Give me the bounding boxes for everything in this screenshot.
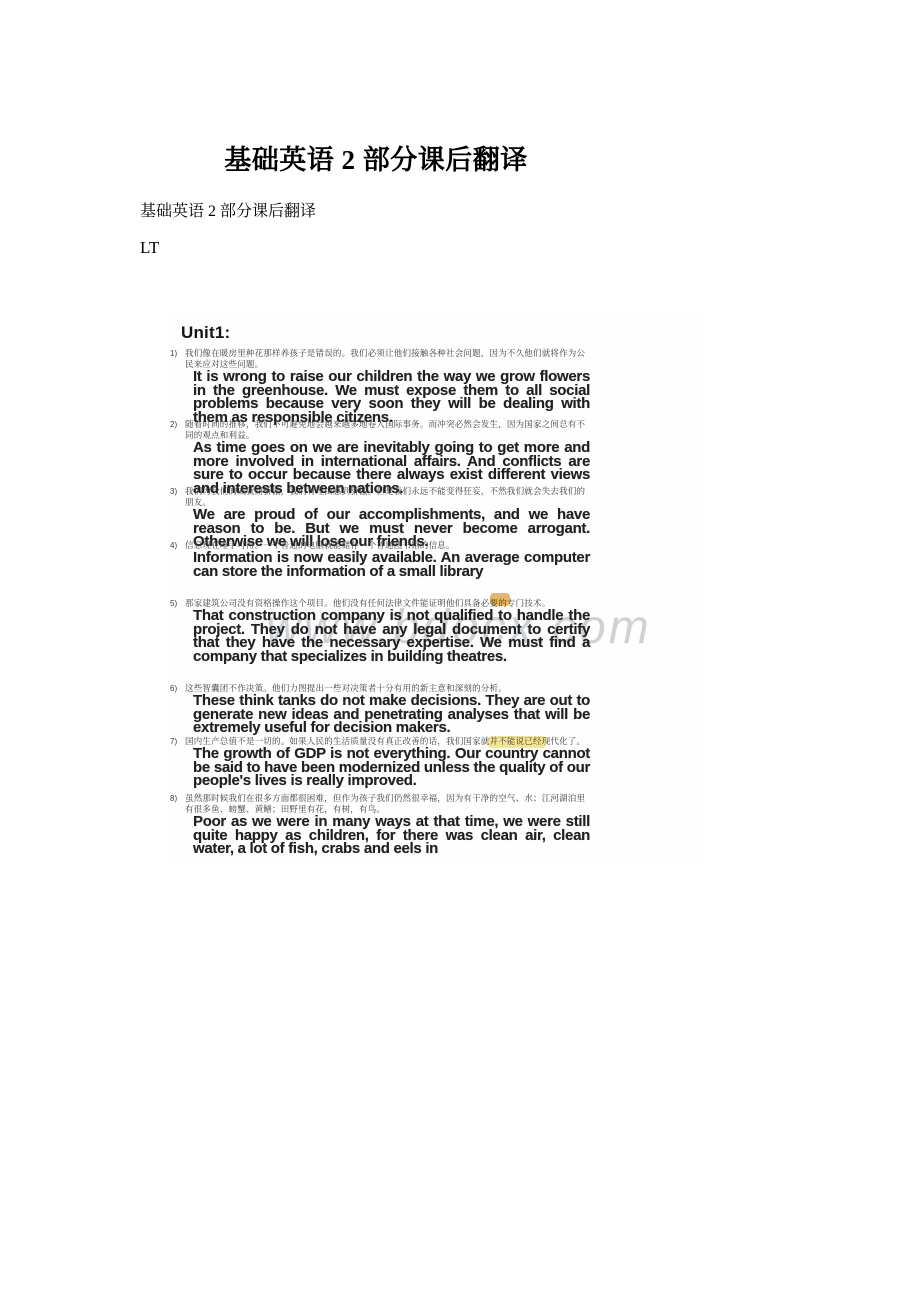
page-title: 基础英语 2 部分课后翻译 xyxy=(145,144,607,176)
item-english-translation: It is wrong to raise our children the wa… xyxy=(193,370,590,424)
item-english-translation: These think tanks do not make decisions.… xyxy=(193,694,590,735)
document-page: 基础英语 2 部分课后翻译 基础英语 2 部分课后翻译 LT www.bdocx… xyxy=(0,0,920,1302)
item-english-translation: The growth of GDP is not everything. Our… xyxy=(193,747,590,788)
translation-item: 6) 这些智囊团不作决策。他们力图提出一些对决策者十分有用的新主意和深刻的分析。… xyxy=(168,683,590,735)
unit-heading: Unit1: xyxy=(181,323,230,343)
item-number: 3) xyxy=(170,487,177,496)
translation-item: 8) 虽然那时候我们在很多方面都很困难，但作为孩子我们仍然很幸福，因为有干净的空… xyxy=(168,793,590,856)
translation-item: 7) 国内生产总值不是一切的。如果人民的生活质量没有真正改善的话，我们国家就并不… xyxy=(168,736,590,788)
item-number: 7) xyxy=(170,737,177,746)
item-chinese-prompt: 随着时间的推移，我们不可避免地会越来越多地卷入国际事务。而冲突必然会发生，因为国… xyxy=(185,419,590,441)
item-english-translation: Information is now easily available. An … xyxy=(193,551,590,578)
item-english-translation: Poor as we were in many ways at that tim… xyxy=(193,815,590,856)
item-number: 5) xyxy=(170,599,177,608)
translation-item: 5) 那家建筑公司没有资格操作这个项目。他们没有任何法律文件能证明他们具备必要的… xyxy=(168,598,590,663)
translation-item: 1) 我们像在暖房里种花那样养孩子是错误的。我们必须让他们接触各种社会问题，因为… xyxy=(168,348,590,424)
item-chinese-prompt: 我们为我们的成就而骄傲，我们有理由感到骄傲。但是我们永远不能变得狂妄，不然我们就… xyxy=(185,486,590,508)
document-subtitle: 基础英语 2 部分课后翻译 xyxy=(140,202,316,222)
item-number: 6) xyxy=(170,684,177,693)
author-mark: LT xyxy=(140,238,159,258)
item-number: 2) xyxy=(170,420,177,429)
item-number: 4) xyxy=(170,541,177,550)
translation-item: 4) 信息现在唾手可得。一个普通的电脑就能储存一个普通图书馆的信息。 Infor… xyxy=(168,540,590,578)
item-number: 8) xyxy=(170,794,177,803)
item-number: 1) xyxy=(170,349,177,358)
item-english-translation: That construction company is not qualifi… xyxy=(193,609,590,663)
item-chinese-prompt: 我们像在暖房里种花那样养孩子是错误的。我们必须让他们接触各种社会问题，因为不久他… xyxy=(185,348,590,370)
item-chinese-prompt: 虽然那时候我们在很多方面都很困难，但作为孩子我们仍然很幸福，因为有干净的空气、水… xyxy=(185,793,590,815)
scanned-exercise-image: www.bdocx.com Unit1: 1) 我们像在暖房里种花那样养孩子是错… xyxy=(168,310,700,866)
translation-item: 2) 随着时间的推移，我们不可避免地会越来越多地卷入国际事务。而冲突必然会发生，… xyxy=(168,419,590,495)
